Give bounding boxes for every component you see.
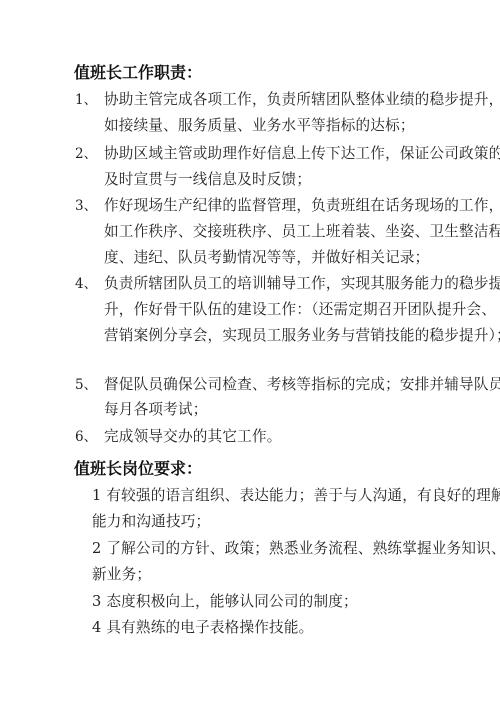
requirement-4-line-1: 4 具有熟练的电子表格操作技能。 bbox=[92, 618, 313, 638]
requirement-1-line-2: 能力和沟通技巧； bbox=[92, 512, 210, 532]
duty-number-2: 2、 bbox=[75, 144, 97, 164]
duty-number-4: 4、 bbox=[75, 274, 97, 294]
requirement-2-line-2: 新业务； bbox=[92, 565, 151, 585]
duty-3-line-2: 如工作秩序、交接班秩序、员工上班着装、坐姿、卫生整洁程 bbox=[104, 222, 500, 242]
duty-4-line-2: 升，作好骨干队伍的建设工作：（还需定期召开团队提升会、 bbox=[104, 300, 496, 320]
duty-2-line-1: 协助区域主管或助理作好信息上传下达工作，保证公司政策的 bbox=[104, 144, 500, 164]
duty-3-line-1: 作好现场生产纪律的监督管理，负责班组在话务现场的工作， bbox=[104, 196, 500, 216]
duty-number-1: 1、 bbox=[75, 90, 97, 110]
section-title-duties: 值班长工作职责： bbox=[74, 63, 202, 83]
duty-4-line-3: 营销案例分享会，实现员工服务业务与营销技能的稳步提升）； bbox=[104, 326, 500, 346]
document-page: 值班长工作职责： 1、 协助主管完成各项工作，负责所辖团队整体业绩的稳步提升， … bbox=[0, 0, 500, 708]
requirement-2-line-1: 2 了解公司的方针、政策；熟悉业务流程、熟练掌握业务知识、 bbox=[92, 539, 500, 559]
duty-3-line-3: 度、违纪、队员考勤情况等等，并做好相关记录； bbox=[104, 248, 429, 268]
duty-4-line-1: 负责所辖团队员工的培训辅导工作，实现其服务能力的稳步提 bbox=[104, 274, 500, 294]
duty-number-5: 5、 bbox=[75, 375, 97, 395]
duty-number-6: 6、 bbox=[75, 427, 97, 447]
section-title-requirements: 值班长岗位要求： bbox=[74, 459, 202, 479]
duty-5-line-2: 每月各项考试； bbox=[104, 400, 208, 420]
duty-1-line-1: 协助主管完成各项工作，负责所辖团队整体业绩的稳步提升， bbox=[104, 90, 500, 110]
duty-6-line-1: 完成领导交办的其它工作。 bbox=[104, 427, 282, 447]
requirement-1-line-1: 1 有较强的语言组织、表达能力；善于与人沟通，有良好的理解 bbox=[92, 486, 500, 506]
duty-1-line-2: 如接续量、服务质量、业务水平等指标的达标； bbox=[104, 116, 415, 136]
requirement-3-line-1: 3 态度积极向上，能够认同公司的制度； bbox=[92, 592, 358, 612]
duty-5-line-1: 督促队员确保公司检查、考核等指标的完成；安排并辅导队员 bbox=[104, 375, 500, 395]
duty-2-line-2: 及时宣贯与一线信息及时反馈； bbox=[104, 170, 311, 190]
duty-number-3: 3、 bbox=[75, 196, 97, 216]
